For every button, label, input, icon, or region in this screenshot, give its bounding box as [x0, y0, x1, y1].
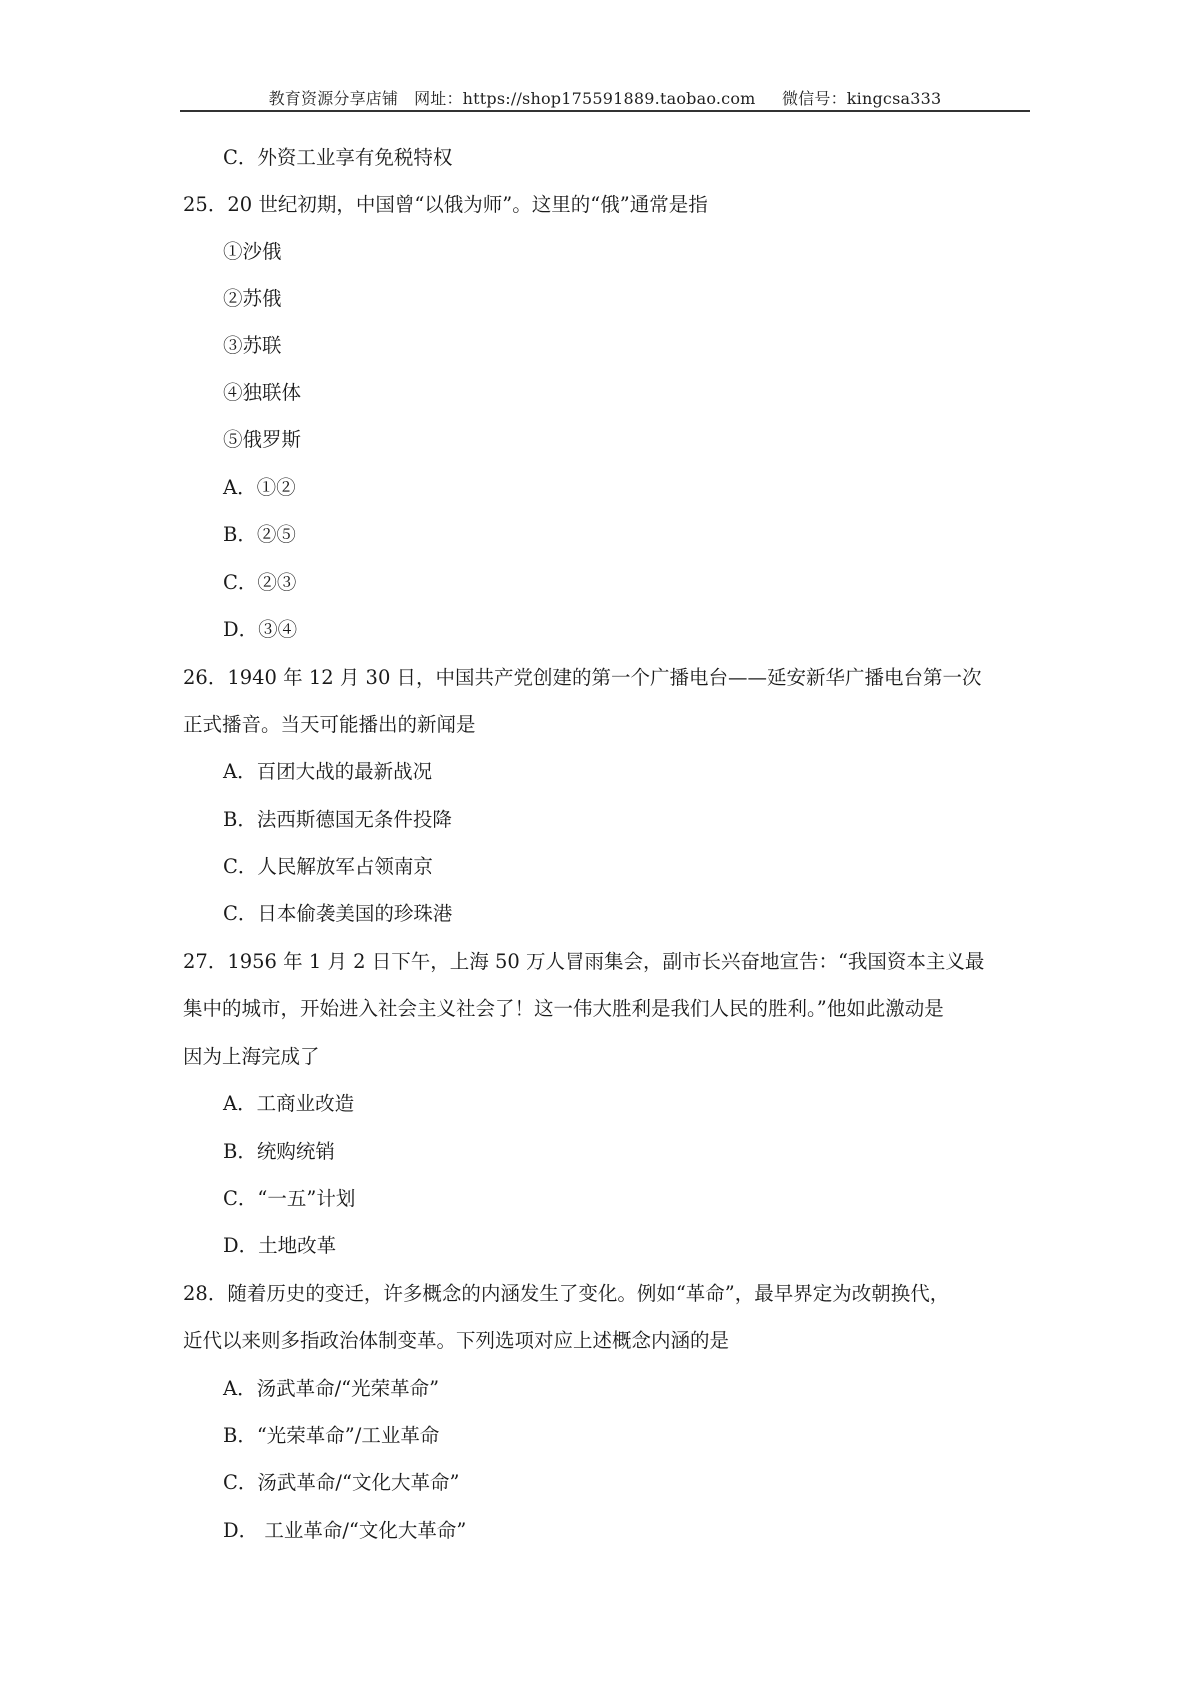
answer-option: ④独联体	[223, 381, 301, 405]
question-text: 28．随着历史的变迁，许多概念的内涵发生了变化。例如“革命”，最早界定为改朝换代…	[183, 1282, 949, 1306]
answer-option: A．汤武革命/“光荣革命”	[223, 1377, 439, 1401]
answer-option: B．“光荣革命”/工业革命	[223, 1424, 439, 1448]
answer-option: B．统购统销	[223, 1140, 335, 1164]
question-text: 26．1940 年 12 月 30 日，中国共产党创建的第一个广播电台——延安新…	[183, 666, 982, 690]
answer-option: ⑤俄罗斯	[223, 428, 301, 452]
answer-option: A．百团大战的最新战况	[223, 760, 432, 784]
answer-option: A．工商业改造	[223, 1092, 354, 1116]
page-header: 教育资源分享店铺 网址：https://shop175591889.taobao…	[180, 86, 1030, 109]
answer-option: C．“一五”计划	[223, 1187, 355, 1211]
answer-option: A．①②	[223, 476, 296, 500]
answer-option: ③苏联	[223, 334, 282, 358]
answer-option: D．土地改革	[223, 1234, 336, 1258]
header-divider	[180, 110, 1030, 112]
answer-option: C．汤武革命/“文化大革命”	[223, 1471, 459, 1495]
answer-option: C．外资工业享有免税特权	[223, 146, 452, 170]
question-text: 集中的城市，开始进入社会主义社会了！这一伟大胜利是我们人民的胜利。”他如此激动是	[183, 997, 944, 1021]
question-text: 25．20 世纪初期，中国曾“以俄为师”。这里的“俄”通常是指	[183, 193, 708, 217]
answer-option: C．人民解放军占领南京	[223, 855, 433, 879]
answer-option: ②苏俄	[223, 287, 282, 311]
answer-option: D． 工业革命/“文化大革命”	[223, 1519, 466, 1543]
answer-option: C．②③	[223, 571, 296, 595]
answer-option: D．③④	[223, 618, 297, 642]
question-text: 正式播音。当天可能播出的新闻是	[183, 713, 476, 737]
answer-option: ①沙俄	[223, 240, 282, 264]
question-text: 近代以来则多指政治体制变革。下列选项对应上述概念内涵的是	[183, 1329, 729, 1353]
answer-option: B．②⑤	[223, 523, 296, 547]
answer-option: B．法西斯德国无条件投降	[223, 808, 452, 832]
question-text: 因为上海完成了	[183, 1045, 320, 1069]
question-text: 27．1956 年 1 月 2 日下午，上海 50 万人冒雨集会，副市长兴奋地宣…	[183, 950, 984, 974]
answer-option: C．日本偷袭美国的珍珠港	[223, 902, 452, 926]
